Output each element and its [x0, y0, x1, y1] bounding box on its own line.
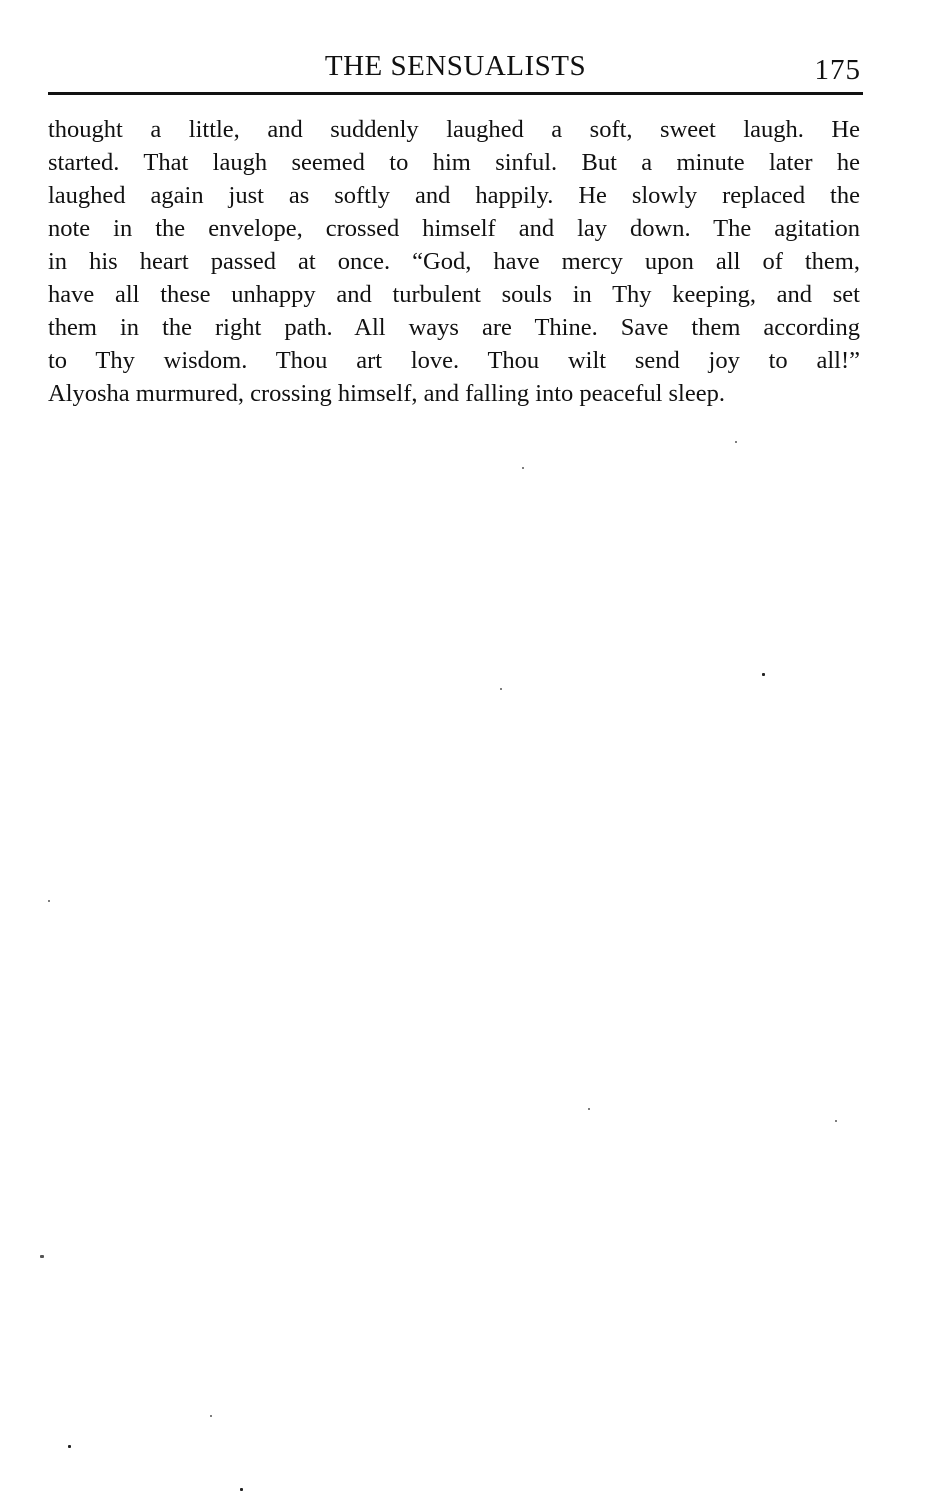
- text-line: in his heart passed at once. “God, have …: [48, 245, 860, 278]
- scan-speck: [210, 1415, 212, 1417]
- scan-speck: [835, 1120, 837, 1122]
- text-line: to Thy wisdom. Thou art love. Thou wilt …: [48, 344, 860, 377]
- text-line: thought a little, and suddenly laughed a…: [48, 113, 860, 146]
- header-rule: [48, 92, 863, 95]
- body-paragraph: thought a little, and suddenly laughed a…: [48, 113, 860, 410]
- scan-speck: [522, 467, 524, 469]
- scan-speck: [588, 1108, 590, 1110]
- scan-speck: [735, 441, 737, 443]
- scan-speck: [240, 1488, 243, 1491]
- text-line: laughed again just as softly and happily…: [48, 179, 860, 212]
- text-line: Alyosha murmured, crossing himself, and …: [48, 377, 860, 410]
- text-line: them in the right path. All ways are Thi…: [48, 311, 860, 344]
- text-line: have all these unhappy and turbulent sou…: [48, 278, 860, 311]
- running-title: THE SENSUALISTS: [48, 46, 863, 86]
- text-line: started. That laugh seemed to him sinful…: [48, 146, 860, 179]
- scan-speck: [68, 1445, 71, 1448]
- scan-speck: [762, 673, 765, 676]
- text-line: note in the envelope, crossed himself an…: [48, 212, 860, 245]
- scan-speck: [500, 688, 502, 690]
- scan-speck: [40, 1255, 44, 1258]
- page-number: 175: [815, 50, 862, 90]
- scan-speck: [48, 900, 50, 902]
- book-page: THE SENSUALISTS 175 thought a little, an…: [0, 0, 930, 1500]
- running-head: THE SENSUALISTS 175: [48, 46, 863, 86]
